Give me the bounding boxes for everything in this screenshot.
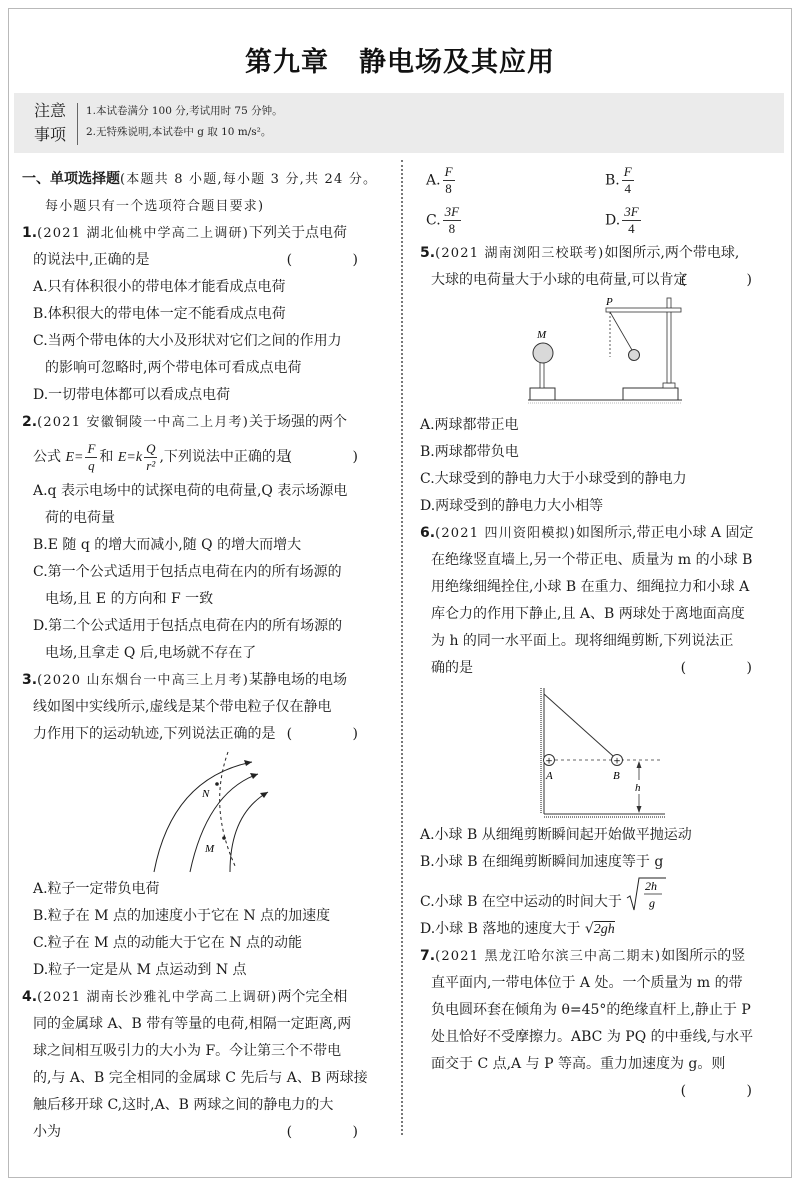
option-c[interactable]: C.小球 B 在空中运动的时间大于 2h g xyxy=(420,876,784,916)
answer-bracket[interactable]: ( ) xyxy=(287,247,386,274)
question-source: (2021 湖南长沙雅礼中学高二上调研) xyxy=(37,990,277,1005)
option-text: D.小球 B 落地的速度大于 xyxy=(420,921,580,937)
label-b: B xyxy=(613,770,620,782)
question-stem: 库仑力的作用下静止,且 A、B 两球处于离地面高度 xyxy=(420,601,784,628)
question-stem: 球之间相互吸引力的大小为 F。今让第三个不带电 xyxy=(22,1038,390,1065)
option-label: A. xyxy=(426,172,441,188)
fraction-denominator: 4 xyxy=(622,181,634,197)
left-column: 一、单项选择题(本题共 8 小题,每小题 3 分,共 24 分。 每小题只有一个… xyxy=(22,166,390,1146)
sqrt-radicand: 2gh xyxy=(594,921,615,937)
right-column: A.F8 B.F4 C.3F8 D.3F4 5.(2021 湖南浏阳三校联考)如… xyxy=(420,160,784,1105)
option-label: B. xyxy=(605,172,620,188)
option-a-cont: 荷的电荷量 xyxy=(22,505,390,532)
wall-charges-diagram: + + A B h xyxy=(420,682,784,822)
question-stem: ,下列说法中正确的是 xyxy=(159,449,289,465)
answer-bracket[interactable]: ( ) xyxy=(681,1078,780,1105)
fraction-denominator: 8 xyxy=(443,181,455,197)
section-desc: (本题共 8 小题,每小题 3 分,共 24 分。 xyxy=(120,172,377,187)
question-2: 2.(2021 安徽铜陵一中高二上月考)关于场强的两个 公式 E=Fq和 E=k… xyxy=(22,409,390,667)
label-p: P xyxy=(605,296,613,308)
question-number: 2. xyxy=(22,414,37,430)
question-stem: 如图所示,带正电小球 A 固定 xyxy=(576,525,753,541)
option-b[interactable]: B.粒子在 M 点的加速度小于它在 N 点的加速度 xyxy=(22,903,390,930)
question-stem: 直平面内,一带电体位于 A 处。一个质量为 m 的带 xyxy=(420,970,784,997)
question-stem: 在绝缘竖直墙上,另一个带正电、质量为 m 的小球 B xyxy=(420,547,784,574)
question-stem: 公式 xyxy=(33,449,65,465)
fraction-numerator: F xyxy=(85,441,97,458)
option-fraction: 3F4 xyxy=(622,204,640,237)
option-d[interactable]: D.第二个公式适用于包括点电荷在内的所有场源的 xyxy=(22,613,390,640)
section-title: 一、单项选择题 xyxy=(22,171,120,187)
option-d[interactable]: D.一切带电体都可以看成点电荷 xyxy=(22,382,390,409)
answer-bracket[interactable]: ( ) xyxy=(287,436,386,478)
question-stem: 触后移开球 C,这时,A、B 两球之间的静电力的大 xyxy=(22,1092,390,1119)
fraction-numerator: 3F xyxy=(622,204,640,221)
question-stem: 力作用下的运动轨迹,下列说法正确的是 xyxy=(33,726,275,742)
question-stem: 和 xyxy=(99,449,117,465)
charged-spheres-figure: M P xyxy=(420,294,784,412)
fraction-denominator: 8 xyxy=(443,221,461,237)
question-4-options: A.F8 B.F4 C.3F8 D.3F4 xyxy=(420,160,784,240)
notice-item: 2.无特殊说明,本试卷中 g 取 10 m/s²。 xyxy=(86,122,283,143)
label-m: M xyxy=(536,329,547,341)
fraction-numerator: 3F xyxy=(443,204,461,221)
option-a[interactable]: A.两球都带正电 xyxy=(420,412,784,439)
answer-bracket[interactable]: ( ) xyxy=(287,1119,386,1146)
question-stem: 某静电场的电场 xyxy=(249,672,347,688)
option-c[interactable]: C.大球受到的静电力大于小球受到的静电力 xyxy=(420,466,784,493)
question-source: (2021 黑龙江哈尔滨三中高二期末) xyxy=(435,949,661,964)
fraction-denominator: 4 xyxy=(622,221,640,237)
option-b[interactable]: B.体积很大的带电体一定不能看成点电荷 xyxy=(22,301,390,328)
sqrt-icon: 2h g xyxy=(626,876,666,912)
question-stem: 的,与 A、B 完全相同的金属球 C 先后与 A、B 两球接 xyxy=(22,1065,390,1092)
plus-icon: + xyxy=(545,757,553,767)
option-c-cont: 的影响可忽略时,两个带电体可看成点电荷 xyxy=(22,355,390,382)
fraction-denominator: r² xyxy=(144,458,157,474)
option-c[interactable]: C.第一个公式适用于包括点电荷在内的所有场源的 xyxy=(22,559,390,586)
question-stem: 面交于 C 点,A 与 P 等高。重力加速度为 g。则 xyxy=(420,1051,784,1078)
formula-lhs: E=k xyxy=(118,450,142,465)
option-b[interactable]: B.E 随 q 的增大而减小,随 Q 的增大而增大 xyxy=(22,532,390,559)
question-stem: 两个完全相 xyxy=(277,989,347,1005)
option-label: D. xyxy=(605,212,620,228)
fraction-denominator: q xyxy=(85,458,97,474)
question-stem: 为 h 的同一水平面上。现将细绳剪断,下列说法正 xyxy=(420,628,784,655)
option-d-cont: 电场,且拿走 Q 后,电场就不存在了 xyxy=(22,640,390,667)
electric-field-figure: N M xyxy=(22,748,390,876)
chapter-number: 第九章 xyxy=(245,47,329,78)
notice-item: 1.本试卷满分 100 分,考试用时 75 分钟。 xyxy=(86,101,283,122)
notice-label-line2: 事项 xyxy=(34,123,74,147)
question-number: 3. xyxy=(22,672,37,688)
question-number: 6. xyxy=(420,525,435,541)
question-4: 4.(2021 湖南长沙雅礼中学高二上调研)两个完全相 同的金属球 A、B 带有… xyxy=(22,984,390,1146)
option-b[interactable]: B.两球都带负电 xyxy=(420,439,784,466)
notice-items: 1.本试卷满分 100 分,考试用时 75 分钟。 2.无特殊说明,本试卷中 g… xyxy=(86,101,283,143)
question-stem: 处且恰好不受摩擦力。ABC 为 PQ 的中垂线,与水平 xyxy=(420,1024,784,1051)
plus-icon: + xyxy=(613,757,621,767)
answer-bracket[interactable]: ( ) xyxy=(681,655,780,682)
question-number: 5. xyxy=(420,245,435,261)
fraction-numerator: F xyxy=(622,164,634,181)
option-d[interactable]: D.粒子一定是从 M 点运动到 N 点 xyxy=(22,957,390,984)
chapter-name: 静电场及其应用 xyxy=(359,47,555,78)
wall-charges-figure: + + A B h xyxy=(420,682,784,822)
option-d[interactable]: D.3F4 xyxy=(605,204,784,237)
option-label: C. xyxy=(426,212,441,228)
question-stem: 用绝缘细绳拴住,小球 B 在重力、细绳拉力和小球 A xyxy=(420,574,784,601)
formula-lhs: E= xyxy=(65,450,83,465)
question-source: (2021 安徽铜陵一中高二上月考) xyxy=(37,415,249,430)
question-stem: 大球的电荷量大于小球的电荷量,可以肯定 xyxy=(431,272,687,288)
svg-text:2h: 2h xyxy=(645,879,657,893)
notice-label-line1: 注意 xyxy=(34,99,74,123)
option-a[interactable]: A.粒子一定带负电荷 xyxy=(22,876,390,903)
question-stem: 同的金属球 A、B 带有等量的电荷,相隔一定距离,两 xyxy=(22,1011,390,1038)
option-c[interactable]: C.粒子在 M 点的动能大于它在 N 点的动能 xyxy=(22,930,390,957)
notice-box: 注意 事项 1.本试卷满分 100 分,考试用时 75 分钟。 2.无特殊说明,… xyxy=(14,93,784,153)
charged-spheres-diagram: M P xyxy=(420,294,784,412)
question-stem: 如图所示,两个带电球, xyxy=(604,245,739,261)
fraction-numerator: Q xyxy=(144,441,157,458)
svg-text:g: g xyxy=(649,896,655,910)
formula-fraction: Fq xyxy=(85,441,97,474)
option-c[interactable]: C.3F8 xyxy=(426,204,605,237)
question-5: 5.(2021 湖南浏阳三校联考)如图所示,两个带电球, 大球的电荷量大于小球的… xyxy=(420,240,784,520)
label-n: N xyxy=(201,788,210,800)
label-h: h xyxy=(635,782,641,794)
question-source: (2021 湖南浏阳三校联考) xyxy=(435,246,604,261)
question-stem: 的说法中,正确的是 xyxy=(33,252,149,268)
label-m: M xyxy=(204,843,215,855)
option-d[interactable]: D.小球 B 落地的速度大于 √2gh xyxy=(420,916,784,943)
section-desc-line2: 每小题只有一个选项符合题目要求) xyxy=(22,193,390,220)
notice-label: 注意 事项 xyxy=(34,99,74,147)
question-1: 1.(2021 湖北仙桃中学高二上调研)下列关于点电荷 的说法中,正确的是( )… xyxy=(22,220,390,409)
question-source: (2021 湖北仙桃中学高二上调研) xyxy=(37,226,249,241)
question-number: 1. xyxy=(22,225,37,241)
chapter-title: 第九章静电场及其应用 xyxy=(0,40,800,79)
section-heading: 一、单项选择题(本题共 8 小题,每小题 3 分,共 24 分。 xyxy=(22,166,390,193)
field-lines-diagram: N M xyxy=(22,748,390,876)
formula-fraction: Qr² xyxy=(144,441,157,474)
option-b[interactable]: B.小球 B 在细绳剪断瞬间加速度等于 g xyxy=(420,849,784,876)
option-a[interactable]: A.小球 B 从细绳剪断瞬间起开始做平抛运动 xyxy=(420,822,784,849)
option-b[interactable]: B.F4 xyxy=(605,164,784,197)
question-stem: 确的是 xyxy=(431,660,473,676)
question-stem: 小为 xyxy=(33,1124,61,1140)
option-text: C.小球 B 在空中运动的时间大于 xyxy=(420,894,622,910)
question-stem: 线如图中实线所示,虚线是某个带电粒子仅在静电 xyxy=(22,694,390,721)
fraction-numerator: F xyxy=(443,164,455,181)
column-divider xyxy=(401,160,403,1135)
question-source: (2021 四川资阳模拟) xyxy=(435,526,576,541)
question-3: 3.(2020 山东烟台一中高三上月考)某静电场的电场 线如图中实线所示,虚线是… xyxy=(22,667,390,984)
option-a[interactable]: A.q 表示电场中的试探电荷的电荷量,Q 表示场源电 xyxy=(22,478,390,505)
answer-bracket[interactable]: ( ) xyxy=(287,721,386,748)
question-stem: 关于场强的两个 xyxy=(249,414,347,430)
option-c[interactable]: C.当两个带电体的大小及形状对它们之间的作用力 xyxy=(22,328,390,355)
question-7: 7.(2021 黑龙江哈尔滨三中高二期末)如图所示的竖 直平面内,一带电体位于 … xyxy=(420,943,784,1105)
sqrt-icon: √ xyxy=(585,921,594,937)
question-number: 4. xyxy=(22,989,37,1005)
notice-separator xyxy=(77,103,78,145)
label-a: A xyxy=(545,770,553,782)
option-fraction: F8 xyxy=(443,164,455,197)
option-d[interactable]: D.两球受到的静电力大小相等 xyxy=(420,493,784,520)
question-source: (2020 山东烟台一中高三上月考) xyxy=(37,673,249,688)
option-a[interactable]: A.F8 xyxy=(426,164,605,197)
option-fraction: F4 xyxy=(622,164,634,197)
question-number: 7. xyxy=(420,948,435,964)
question-stem: 如图所示的竖 xyxy=(661,948,745,964)
question-stem: 负电圆环套在倾角为 θ=45°的绝缘直杆上,静止于 P xyxy=(420,997,784,1024)
question-6: 6.(2021 四川资阳模拟)如图所示,带正电小球 A 固定 在绝缘竖直墙上,另… xyxy=(420,520,784,943)
option-c-cont: 电场,且 E 的方向和 F 一致 xyxy=(22,586,390,613)
option-fraction: 3F8 xyxy=(443,204,461,237)
question-stem: 下列关于点电荷 xyxy=(249,225,347,241)
option-a[interactable]: A.只有体积很小的带电体才能看成点电荷 xyxy=(22,274,390,301)
answer-bracket[interactable]: ( ) xyxy=(681,267,780,294)
